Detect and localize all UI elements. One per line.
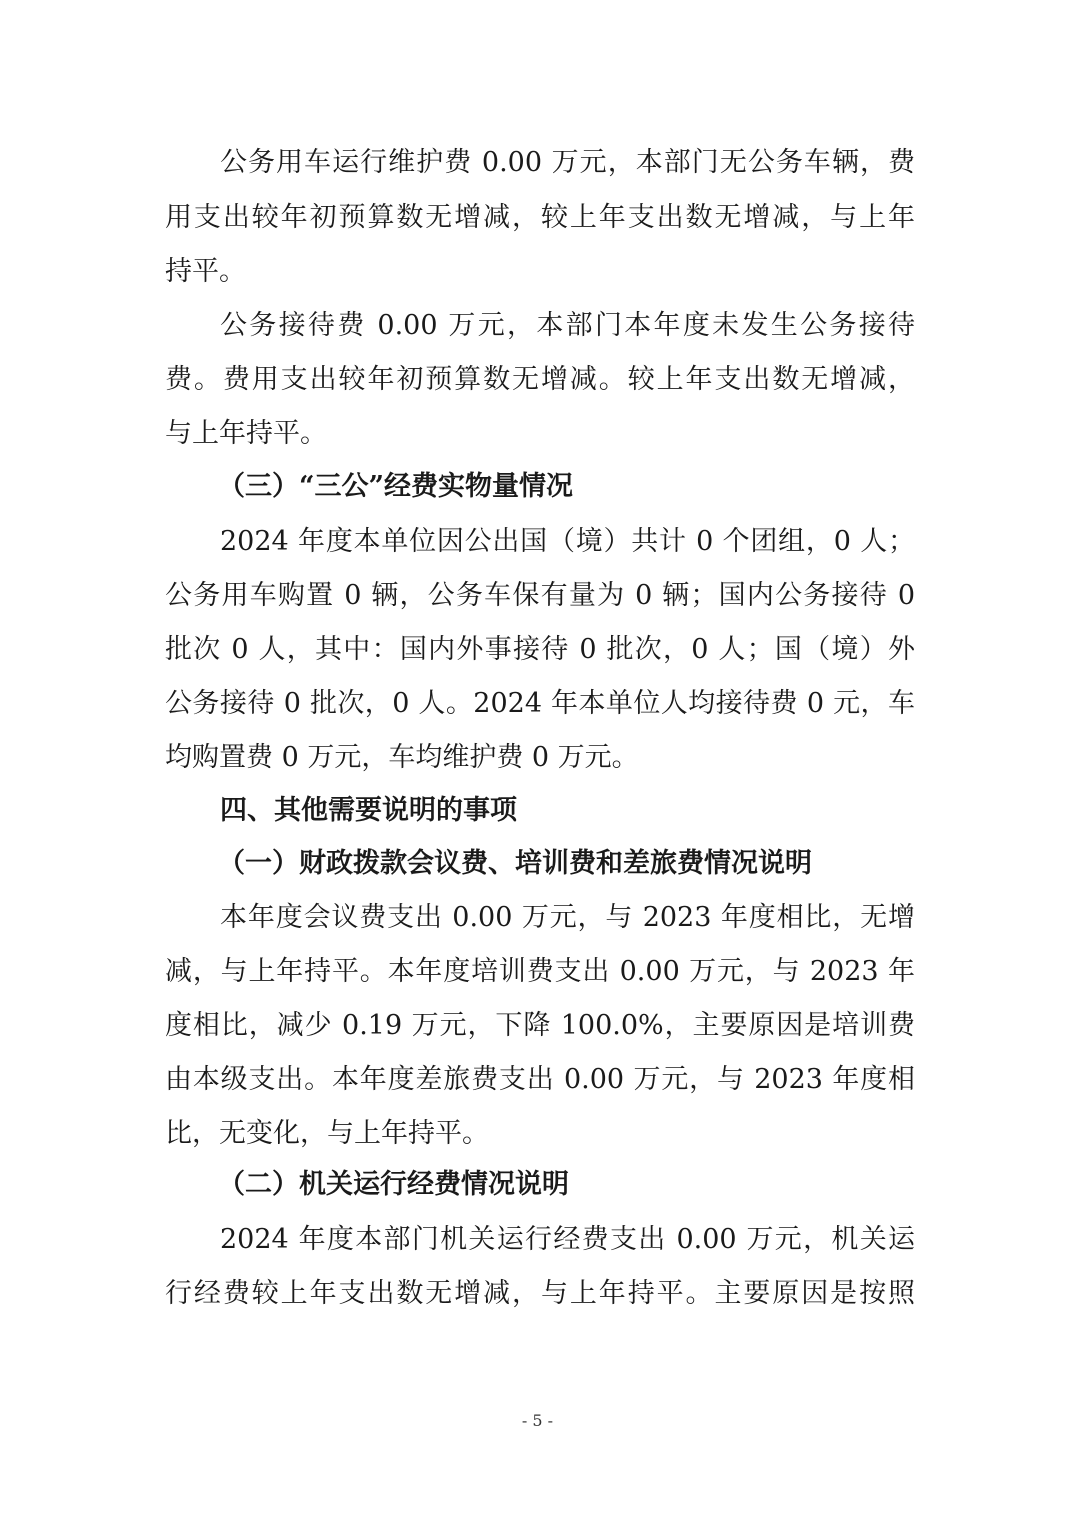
- text-line: 公务用车运行维护费 0.00 万元，本部门无公务车辆，费: [220, 143, 915, 183]
- section-heading-meeting-training-travel: （一）财政拨款会议费、培训费和差旅费情况说明: [218, 844, 812, 884]
- text-line: 度相比，减少 0.19 万元，下降 100.0%，主要原因是培训费: [165, 1006, 915, 1046]
- text-line: 行经费较上年支出数无增减，与上年持平。主要原因是按照: [165, 1274, 915, 1314]
- text-line: 2024 年度本单位因公出国（境）共计 0 个团组，0 人；: [220, 522, 915, 562]
- text-line: 均购置费 0 万元，车均维护费 0 万元。: [165, 738, 915, 778]
- text-line: 公务接待费 0.00 万元，本部门本年度未发生公务接待: [220, 306, 915, 346]
- text-line: 用支出较年初预算数无增减，较上年支出数无增减，与上年: [165, 198, 915, 238]
- text-line: 由本级支出。本年度差旅费支出 0.00 万元，与 2023 年度相: [165, 1060, 915, 1100]
- text-line: 2024 年度本部门机关运行经费支出 0.00 万元，机关运: [220, 1220, 915, 1260]
- text-line: 公务用车购置 0 辆，公务车保有量为 0 辆；国内公务接待 0: [165, 576, 915, 616]
- text-line: 批次 0 人，其中：国内外事接待 0 批次，0 人；国（境）外: [165, 630, 915, 670]
- text-line: 比，无变化，与上年持平。: [165, 1114, 915, 1154]
- chapter-heading-other-matters: 四、其他需要说明的事项: [220, 791, 517, 831]
- text-line: 本年度会议费支出 0.00 万元，与 2023 年度相比，无增: [220, 898, 915, 938]
- text-line: 费。费用支出较年初预算数无增减。较上年支出数无增减，: [165, 360, 915, 400]
- section-heading-three-public-physical: （三）“三公”经费实物量情况: [218, 467, 573, 507]
- text-line: 持平。: [165, 252, 915, 292]
- page-number: - 5 -: [0, 1411, 1075, 1430]
- document-page: 公务用车运行维护费 0.00 万元，本部门无公务车辆，费 用支出较年初预算数无增…: [0, 0, 1075, 1520]
- text-line: 与上年持平。: [165, 414, 915, 454]
- text-line: 公务接待 0 批次，0 人。2024 年本单位人均接待费 0 元，车: [165, 684, 915, 724]
- text-line: 减，与上年持平。本年度培训费支出 0.00 万元，与 2023 年: [165, 952, 915, 992]
- section-heading-operating-expenses: （二）机关运行经费情况说明: [218, 1165, 569, 1205]
